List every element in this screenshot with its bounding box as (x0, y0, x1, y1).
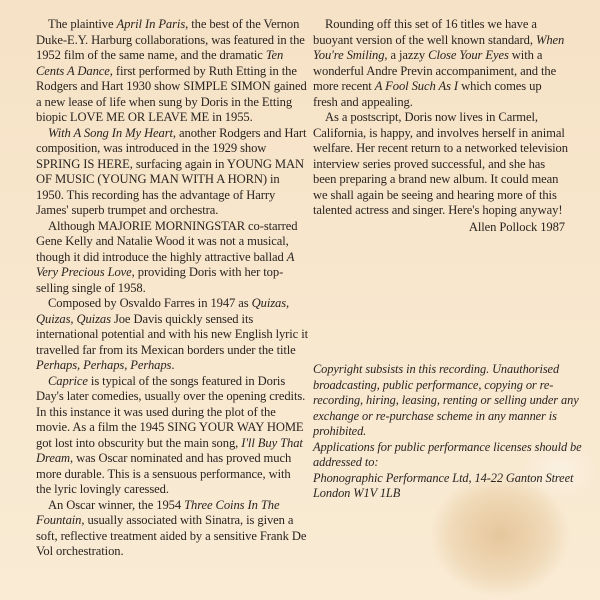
song-title: Perhaps, Perhaps, Perhaps (36, 358, 171, 372)
text-run: An Oscar winner, the 1954 (48, 498, 184, 512)
text-run: . (171, 358, 174, 372)
right-column: Rounding off this set of 16 titles we ha… (313, 17, 569, 235)
author-signature: Allen Pollock 1987 (313, 220, 569, 236)
copyright-text: Copyright subsists in this recording. Un… (313, 362, 583, 440)
liner-notes-page: The plaintive April In Paris, the best o… (0, 0, 600, 600)
song-title: With A Song In My Heart (48, 126, 173, 140)
text-run: , a jazzy (384, 48, 428, 62)
song-title: Close Your Eyes (428, 48, 509, 62)
paragraph: The plaintive April In Paris, the best o… (36, 17, 308, 126)
song-title: A Fool Such As I (375, 79, 458, 93)
paragraph: Composed by Osvaldo Farres in 1947 as Qu… (36, 296, 308, 374)
left-column: The plaintive April In Paris, the best o… (36, 17, 308, 560)
paragraph: Caprice is typical of the songs featured… (36, 374, 308, 498)
paragraph: With A Song In My Heart, another Rodgers… (36, 126, 308, 219)
address-line-2: London W1V 1LB (313, 486, 583, 502)
text-run: Composed by Osvaldo Farres in 1947 as (48, 296, 252, 310)
paragraph: Rounding off this set of 16 titles we ha… (313, 17, 569, 110)
song-title: Caprice (48, 374, 88, 388)
paragraph: As a postscript, Doris now lives in Carm… (313, 110, 569, 219)
text-run: Rounding off this set of 16 titles we ha… (313, 17, 537, 47)
text-run: The plaintive (48, 17, 117, 31)
address-line-1: Phonographic Performance Ltd, 14-22 Gant… (313, 471, 583, 487)
text-run: Although MAJORIE MORNINGSTAR co-starred … (36, 219, 297, 264)
text-run: As a postscript, Doris now lives in Carm… (313, 110, 568, 217)
text-run: , was Oscar nominated and has proved muc… (36, 451, 291, 496)
paragraph: An Oscar winner, the 1954 Three Coins In… (36, 498, 308, 560)
paragraph: Although MAJORIE MORNINGSTAR co-starred … (36, 219, 308, 297)
song-title: April In Paris (117, 17, 186, 31)
applications-text: Applications for public performance lice… (313, 440, 583, 471)
copyright-notice: Copyright subsists in this recording. Un… (313, 362, 583, 502)
